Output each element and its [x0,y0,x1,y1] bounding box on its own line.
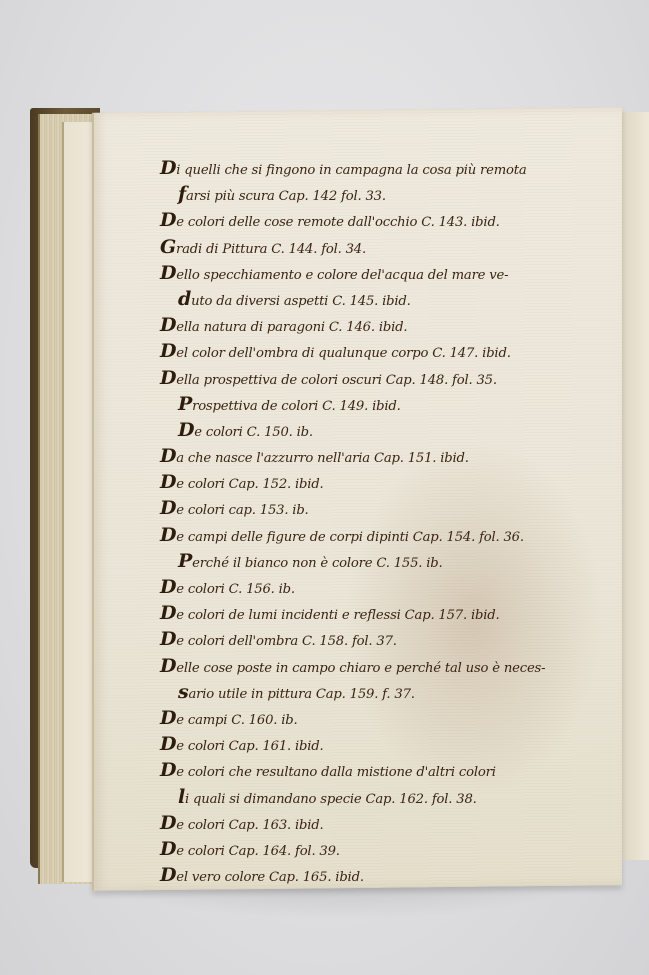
initial-letter: D [160,471,176,493]
index-entry: De colori dell'ombra C. 158. fol. 37. [160,626,600,652]
entry-text: el vero colore Cap. 165. ibid. [176,870,364,885]
index-entry: Delle cose poste in campo chiaro e perch… [160,653,600,679]
initial-letter: D [160,864,176,886]
entry-text: e campi C. 160. ib. [176,713,297,728]
entry-text: e colori de lumi incidenti e reflessi Ca… [176,608,499,623]
index-entry: De colori che resultano dalla mistione d… [160,757,600,783]
entry-text: e colori C. 156. ib. [176,582,295,597]
initial-letter: D [160,655,176,677]
initial-letter: D [160,838,176,860]
entry-text: radi di Pittura C. 144. fol. 34. [176,242,366,257]
entry-text: i quelli che si fingono in campagna la c… [176,163,526,178]
index-entry: Da che nasce l'azzurro nell'aria Cap. 15… [160,443,600,469]
index-entry: De colori cap. 153. ib. [160,495,600,521]
entry-text: rospettiva de colori C. 149. ibid. [192,399,400,414]
initial-letter: D [160,602,176,624]
initial-letter: s [178,681,189,703]
index-entry: De campi delle figure de corpi dipinti C… [160,522,600,548]
index-entry: De colori Cap. 164. fol. 39. [160,836,600,862]
index-entry: farsi più scura Cap. 142 fol. 33. [160,181,600,207]
initial-letter: D [160,707,176,729]
index-entry: De colori de lumi incidenti e reflessi C… [160,600,600,626]
initial-letter: D [160,733,176,755]
initial-letter: l [178,786,185,808]
entry-text: e colori Cap. 164. fol. 39. [176,844,340,859]
index-entry: De colori C. 150. ib. [160,417,600,443]
initial-letter: D [160,209,176,231]
entry-text: ella prospettiva de colori oscuri Cap. 1… [176,373,497,388]
entry-text: uto da diversi aspetti C. 145. ibid. [191,294,411,309]
entry-text: ello specchiamento e colore del'acqua de… [176,268,508,283]
initial-letter: D [160,628,176,650]
index-entry: duto da diversi aspetti C. 145. ibid. [160,286,600,312]
index-entry: De colori C. 156. ib. [160,574,600,600]
initial-letter: P [178,393,192,415]
initial-letter: D [160,759,176,781]
entry-text: ario utile in pittura Cap. 159. f. 37. [189,687,415,702]
index-entries: Di quelli che si fingono in campagna la … [160,155,600,888]
initial-letter: D [178,419,194,441]
facing-page-edge [620,112,649,860]
initial-letter: G [160,236,176,258]
initial-letter: D [160,157,176,179]
index-entry: De colori delle cose remote dall'occhio … [160,207,600,233]
entry-text: elle cose poste in campo chiaro e perché… [176,661,545,676]
entry-text: arsi più scura Cap. 142 fol. 33. [186,189,386,204]
initial-letter: D [160,340,176,362]
index-entry: Gradi di Pittura C. 144. fol. 34. [160,234,600,260]
entry-text: ella natura di paragoni C. 146. ibid. [176,320,407,335]
initial-letter: D [160,445,176,467]
initial-letter: f [178,183,186,205]
entry-text: e colori delle cose remote dall'occhio C… [176,215,499,230]
index-entry: De colori Cap. 161. ibid. [160,731,600,757]
index-entry: Del vero colore Cap. 165. ibid. [160,862,600,888]
index-entry: Del color dell'ombra di qualunque corpo … [160,338,600,364]
initial-letter: D [160,262,176,284]
index-entry: Della prospettiva de colori oscuri Cap. … [160,365,600,391]
entry-text: e colori C. 150. ib. [194,425,313,440]
initial-letter: D [160,576,176,598]
initial-letter: D [160,524,176,546]
entry-text: e colori che resultano dalla mistione d'… [176,765,495,780]
initial-letter: P [178,550,192,572]
initial-letter: d [178,288,191,310]
entry-text: e colori Cap. 163. ibid. [176,818,323,833]
index-entry: De colori Cap. 152. ibid. [160,469,600,495]
entry-text: a che nasce l'azzurro nell'aria Cap. 151… [176,451,469,466]
entry-text: e colori Cap. 152. ibid. [176,477,323,492]
entry-text: el color dell'ombra di qualunque corpo C… [176,346,510,361]
index-entry: sario utile in pittura Cap. 159. f. 37. [160,679,600,705]
index-entry: Dello specchiamento e colore del'acqua d… [160,260,600,286]
entry-text: e colori dell'ombra C. 158. fol. 37. [176,634,397,649]
initial-letter: D [160,367,176,389]
initial-letter: D [160,812,176,834]
entry-text: e colori cap. 153. ib. [176,503,308,518]
entry-text: e campi delle figure de corpi dipinti Ca… [176,530,524,545]
index-entry: Prospettiva de colori C. 149. ibid. [160,391,600,417]
index-entry: Di quelli che si fingono in campagna la … [160,155,600,181]
entry-text: i quali si dimandano specie Cap. 162. fo… [185,792,477,807]
index-entry: De campi C. 160. ib. [160,705,600,731]
index-entry: li quali si dimandano specie Cap. 162. f… [160,784,600,810]
entry-text: e colori Cap. 161. ibid. [176,739,323,754]
index-entry: Della natura di paragoni C. 146. ibid. [160,312,600,338]
index-entry: Perché il bianco non è colore C. 155. ib… [160,548,600,574]
entry-text: erché il bianco non è colore C. 155. ib. [192,556,442,571]
initial-letter: D [160,314,176,336]
initial-letter: D [160,497,176,519]
index-entry: De colori Cap. 163. ibid. [160,810,600,836]
